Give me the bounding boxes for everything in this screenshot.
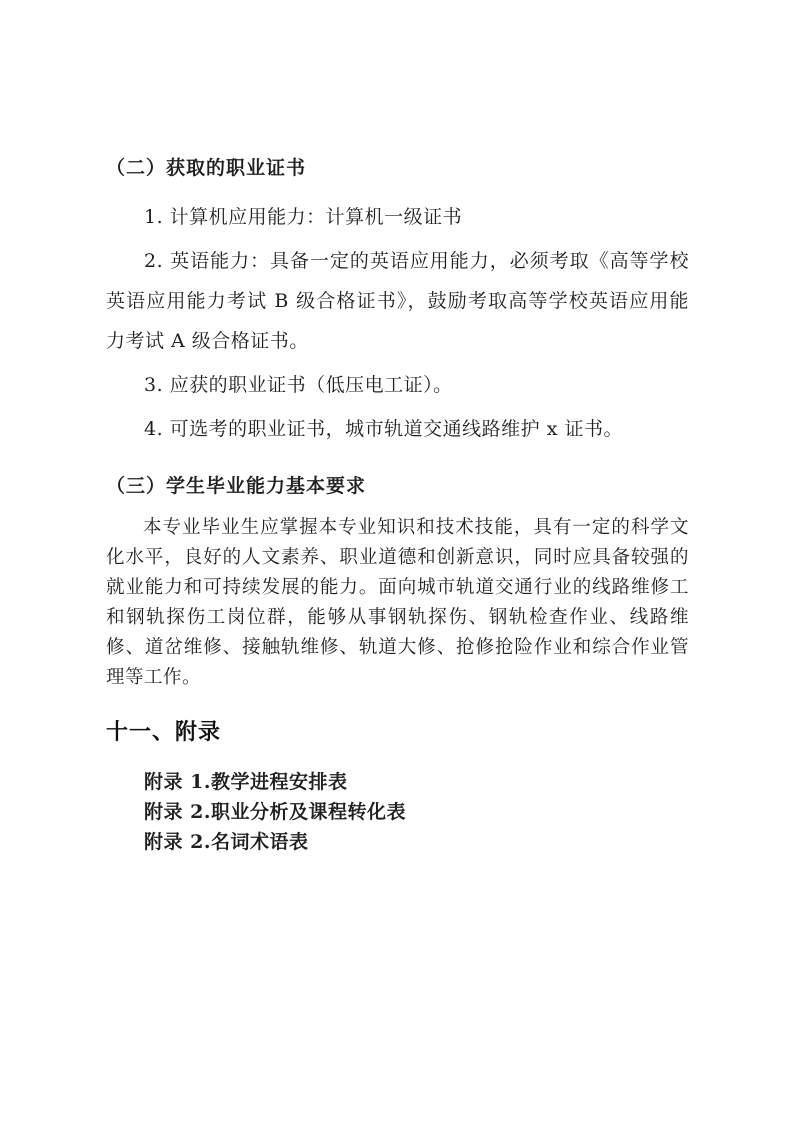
section3-heading: （三）学生毕业能力基本要求: [106, 473, 689, 499]
appendix-item-3: 附录 2.名词术语表: [144, 827, 689, 857]
graduation-requirements-paragraph: 本专业毕业生应掌握本专业知识和技术技能，具有一定的科学文化水平，良好的人文素养、…: [106, 513, 689, 693]
appendix-item-2: 附录 2.职业分析及课程转化表: [144, 797, 689, 827]
certificate-item-3: 3. 应获的职业证书（低压电工证）。: [106, 365, 689, 405]
document-page: （二）获取的职业证书 1. 计算机应用能力：计算机一级证书 2. 英语能力：具备…: [0, 0, 794, 1123]
certificate-item-4: 4. 可选考的职业证书，城市轨道交通线路维护 x 证书。: [106, 409, 689, 449]
chapter11-heading: 十一、附录: [106, 719, 689, 747]
appendix-item-1: 附录 1.教学进程安排表: [144, 767, 689, 797]
certificate-item-1: 1. 计算机应用能力：计算机一级证书: [106, 197, 689, 237]
section2-heading: （二）获取的职业证书: [106, 155, 689, 181]
certificate-item-2: 2. 英语能力：具备一定的英语应用能力，必须考取《高等学校英语应用能力考试 B …: [106, 241, 689, 361]
document-content: （二）获取的职业证书 1. 计算机应用能力：计算机一级证书 2. 英语能力：具备…: [106, 0, 689, 857]
